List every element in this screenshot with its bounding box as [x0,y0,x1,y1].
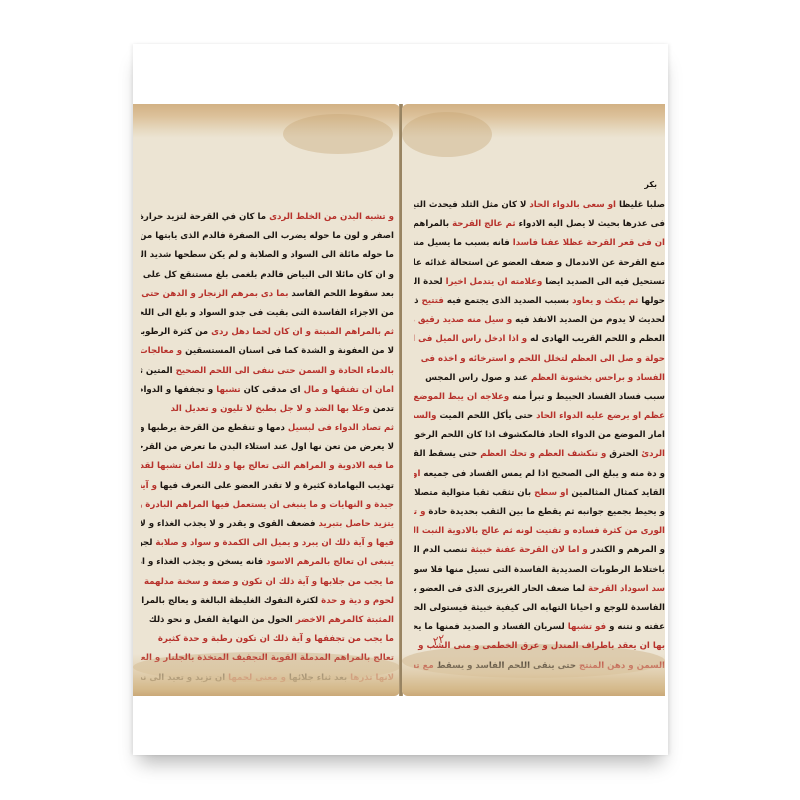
manuscript-spread: و تشبه البدن من الخلط الردى ما كان في ال… [133,104,665,696]
black-body-text: لا يعرض من تعن نها اول عند استلاء البدن … [141,442,394,452]
black-body-text: تنصب الدم الذى [414,545,470,555]
water-stain [283,114,393,154]
black-body-text: فى عذرها بحيث لا يصل اليه الادواء [516,219,665,229]
black-body-text: ما كان في القرحة لتزيد حرارة و ورم [141,212,269,222]
black-body-text: الفاسدة للوجع و احيانا التهابه الى كيفية… [414,603,665,613]
manuscript-line: لا يعرض من تعن نها اول عند استلاء البدن … [141,438,394,457]
black-body-text: و دة منه و يبلغ الى الصحيح اذا لم يمس ال… [420,469,665,479]
red-rubric-text: و آية ذلك ان [141,481,157,491]
red-rubric-text: ثم بالمراهم المنبتة و ان كان لحما دهل رد… [211,327,394,337]
red-rubric-text: و معالجات حتى ذلك [141,346,182,356]
black-body-text: لما ضعف الحار الغريزى الذى فى العضو بشاء [414,584,588,594]
red-rubric-text: جيدة و النهايات و ما ينبغى ان يستعمل فيه… [141,500,394,510]
manuscript-line: عظم او يرضع عليه الدواء الحاد حتى يأكل ا… [414,407,665,426]
manuscript-line: سبب فساد الفساد الحبيط و تبرأ منه وعلاجه… [414,388,665,407]
manuscript-line: لانها تذرها بعد ثناء جلائها و معنى لحمها… [141,669,394,688]
manuscript-line: امار الموضع من الدواء الحاد فالمكشوف اذا… [414,426,665,445]
red-rubric-text: ما يجب من تجففها و آية ذلك ان تكون رطبة … [158,634,394,644]
red-rubric-text: مع تسكين الوجع [414,661,434,671]
red-rubric-text: والسمن المنتن [414,411,436,421]
red-rubric-text: و اذا ادخل راس الميل فى العا [414,334,527,344]
manuscript-line: و تشبه البدن من الخلط الردى ما كان في ال… [141,208,394,227]
black-body-text: لجود الد [141,538,152,548]
black-body-text: بسبب الصديد الذى يجتمع فيه [444,296,572,306]
black-body-text: من الاجزاء الفاسدة التى بقيت فى جدو السو… [141,308,394,318]
red-rubric-text: الردئ [641,449,665,459]
red-rubric-text: بها ان يعقد باطراف المندل و عرق الخطمى و… [418,641,665,651]
black-body-text: بعد ثناء جلائها [286,673,347,683]
right-page-text: صلبا غليظا او سعى بالدواء الحاد لا كان م… [414,196,665,676]
black-body-text: ذلك [414,296,422,306]
black-body-text: بالمراهم المنبتة اللحم [414,219,452,229]
red-rubric-text: تعالج بالمراهم المدملة القوية التجفيف ال… [141,653,394,663]
manuscript-line: ان فى قعر القرحة عظلا عفنا فاسدا فانه بس… [414,234,665,253]
black-body-text: باختلاط الرطوبات الصديدية الفاسدة التى ت… [414,565,665,575]
red-rubric-text: ثم تصاد الدواء فى لبسيل [285,423,394,433]
red-rubric-text: فيها و آية ذلك ان يبرد و يميل الى الكمدة… [152,538,394,548]
black-body-text: حتى ينقى اللحم الفاسد و يسقط [434,661,579,671]
left-page: و تشبه البدن من الخلط الردى ما كان في ال… [133,104,400,696]
red-rubric-text: فو تشبها [568,622,606,632]
red-rubric-text: بما دى بمرهم الزنجار و الدهن حتى تنقلها [141,289,288,299]
red-rubric-text: بالدماء الحادة و السمن حتى ننفى الى اللح… [176,366,394,376]
right-page: بكر صلبا غليظا او سعى بالدواء الحاد لا ك… [402,104,665,696]
red-rubric-text: حولة و صل الى العظم لتخلل اللحم و استرخا… [421,354,665,364]
black-body-text: و تجففها و الدوام [141,385,216,395]
black-body-text: دمها و تنقطع من القرحة يرطبها و انا متقر… [141,423,285,433]
manuscript-line: بها ان يعقد باطراف المندل و عرق الخطمى و… [414,637,665,656]
red-rubric-text: وعلا بها الضد و لا جل بطبخ لا تليون و تع… [171,404,370,414]
red-rubric-text: لحوم و دية و حدة [318,596,394,606]
red-rubric-text: تشبها لقدرة [141,461,181,471]
manuscript-line: و المرهم و الكندر و اما لان القرحة عفنة … [414,541,665,560]
black-body-text: لكثرة التفوك الغليظة البالغة و يعالج بال… [141,596,318,606]
manuscript-line: الورى من كثرة فساده و تفتيت لونه ثم عالج… [414,522,665,541]
black-body-text: اصفر و لون ما حوله يضرب الى الصفرة فالدم… [141,231,394,241]
red-rubric-text: او سطح [534,488,568,498]
black-body-text: بعد سقوط اللحم الفاسد [288,289,394,299]
black-body-text: بان تثقب ثقبا متوالية متصلا بعضها [414,488,534,498]
manuscript-line: باختلاط الرطوبات الصديدية الفاسدة التى ت… [414,561,665,580]
red-rubric-text: المثبتة كالمرهم الاخضر [293,615,394,625]
black-body-text: منع القرحة عن الاندمال و ضعف العضو عن اس… [414,258,665,268]
red-rubric-text: ما فيه الادوية و المراهم التى تعالج بها … [181,461,394,471]
water-stain [402,112,492,157]
black-body-text: فضعف القوى و يقدر و لا يجذب الغذاء و لا … [141,519,316,529]
black-body-text: فانه بسبب ما يسيل منه او تطرى [414,238,510,248]
manuscript-line: تدمن وعلا بها الضد و لا جل بطبخ لا تليون… [141,400,394,419]
black-body-text: حتى يسقط القشور [414,449,480,459]
black-body-text: العظم و اللحم القريب الهادى له [527,334,665,344]
red-rubric-text: ما يجب من جلابها و آية ذلك ان تكون و ضعة… [144,577,394,587]
black-body-text: ما حوله مائلة الى السواد و الصلابة و لم … [141,250,394,260]
black-body-text: اى مدقى كان [241,385,301,395]
red-rubric-text: يتزيد حاصل بتبريد [316,519,394,529]
black-body-text: من كثرة الرطوبة والا [141,327,211,337]
red-rubric-text: ثم ينكث و يعاود [572,296,638,306]
black-body-text: و يحيط بجميع جوانبه ثم يقطع ما بين الثقب… [425,507,665,517]
manuscript-line: العظم و اللحم القريب الهادى له و اذا ادخ… [414,330,665,349]
manuscript-line: صلبا غليظا او سعى بالدواء الحاد لا كان م… [414,196,665,215]
manuscript-line: امان ان تفتقها و مال اى مدقى كان تشبها و… [141,381,394,400]
manuscript-line: ينبغى ان تعالج بالمرهم الاسود فانه يسخن … [141,553,394,572]
black-body-text: عفته و نتنه و [606,622,665,632]
manuscript-line: و ان كان مائلا الى البياض فالدم بلغمى بل… [141,266,394,285]
manuscript-line: الردئ الحترق و تنكشف العظم و تحك العظم ح… [414,445,665,464]
manuscript-line: منع القرحة عن الاندمال و ضعف العضو عن اس… [414,254,665,273]
black-body-text: فانه يسخن و يجذب الغذاء و امان [141,557,263,567]
manuscript-line: جيدة و النهايات و ما ينبغى ان يستعمل فيه… [141,496,394,515]
red-rubric-text: ثم عالج القرحة [452,219,516,229]
red-rubric-text: الفساد و براحس بخشونة العظم [531,373,665,383]
red-rubric-text: او سعى بالدواء الحاد [529,200,616,210]
black-body-text: امار الموضع من الدواء الحاد فالمكشوف اذا… [414,430,665,440]
manuscript-line: تعالج بالمراهم المدملة القوية التجفيف ال… [141,649,394,668]
manuscript-line: فى عذرها بحيث لا يصل اليه الادواء ثم عال… [414,215,665,234]
black-body-text: حتى يأكل اللحم الميت [436,411,536,421]
black-body-text: عند و صول راس المجس [425,373,531,383]
manuscript-line: من الاجزاء الفاسدة التى بقيت فى جدو السو… [141,304,394,323]
red-rubric-text: الورى من كثرة فساده و تفتيت لونه ثم عالج… [414,526,665,536]
manuscript-line: تهذيب البهامادة كثيرة و لا تقدر العضو عل… [141,477,394,496]
red-rubric-text: و معنى لحمها [228,673,286,683]
manuscript-line: الفساد و براحس بخشونة العظم عند و صول را… [414,369,665,388]
red-rubric-text: و تنكشف العظم و تحك العظم [480,449,606,459]
manuscript-line: السمن و دهن المنتج حتى ينقى اللحم الفاسد… [414,657,665,676]
manuscript-line: و يحيط بجميع جوانبه ثم يقطع ما بين الثقب… [414,503,665,522]
red-rubric-text: وعلاجه ان يبط الموضع حتى [414,392,509,402]
red-rubric-text: السمن و دهن المنتج [579,661,665,671]
black-body-text: تدمن [370,404,394,414]
manuscript-line: تستحيل فيه الى الصديد ايضا وعلامته ان يت… [414,273,665,292]
black-body-text: و ان كان مائلا الى البياض فالدم بلغمى بل… [141,270,394,280]
black-body-text: لحديث لا يدوم من الصديد الانفذ فيه [512,315,665,325]
black-body-text: المتين ثم يد [141,366,176,376]
red-rubric-text: فتتيح [422,296,444,306]
manuscript-line: عفته و نتنه و فو تشبها لسريان الفساد و ا… [414,618,665,637]
black-body-text: تستحيل فيه الى الصديد ايضا [542,277,665,287]
red-rubric-text: وعلامته ان يتدمل اخيرا [446,277,543,287]
black-body-text: حولها [638,296,665,306]
manuscript-line: يتزيد حاصل بتبريد فضعف القوى و يقدر و لا… [141,515,394,534]
black-body-text: صلبا غليظا [616,200,665,210]
manuscript-line: لا من العفونة و الشدة كما فى اسنان المست… [141,342,394,361]
red-rubric-text: و تخرج على [414,507,425,517]
red-rubric-text: ان فى قعر القرحة عظلا عفنا فاسدا [510,238,665,248]
manuscript-line: و دة منه و يبلغ الى الصحيح اذا لم يمس ال… [414,465,665,484]
black-body-text: تهذيب البهامادة كثيرة و لا تقدر العضو عل… [157,481,394,491]
manuscript-line: ثم بالمراهم المنبتة و ان كان لحما دهل رد… [141,323,394,342]
manuscript-line: سد اسوداد القرحة لما ضعف الحار الغريزى ا… [414,580,665,599]
manuscript-line: بالدماء الحادة و السمن حتى ننفى الى اللح… [141,362,394,381]
red-rubric-text: لانها تذرها [347,673,394,683]
red-rubric-text: تشبها [216,385,240,395]
left-page-text: و تشبه البدن من الخلط الردى ما كان في ال… [141,208,394,688]
water-stain [133,652,400,682]
manuscript-line: لحديث لا يدوم من الصديد الانفذ فيه و سيل… [414,311,665,330]
black-body-text: لا من العفونة و الشدة كما فى اسنان المست… [182,346,394,356]
manuscript-line: الفاسدة للوجع و احيانا التهابه الى كيفية… [414,599,665,618]
black-body-text: و المرهم و الكندر [588,545,665,555]
manuscript-line: ما فيه الادوية و المراهم التى تعالج بها … [141,457,394,476]
red-rubric-text: و اما لان القرحة عفنة خبيثة [470,545,587,555]
manuscript-line: فيها و آية ذلك ان يبرد و يميل الى الكمدة… [141,534,394,553]
manuscript-line: المثبتة كالمرهم الاخضر الحول من النهاية … [141,611,394,630]
black-body-text: لحدة اللحم [414,277,446,287]
manuscript-line: ثم تصاد الدواء فى لبسيل دمها و تنقطع من … [141,419,394,438]
red-rubric-text: عظم او يرضع عليه الدواء الحاد [536,411,665,421]
black-body-text: لا كان مثل الثلد فيحدث التيكرة [414,200,529,210]
red-rubric-text: و سيل منه صديد رقيق منتن [414,315,512,325]
manuscript-line: ما يجب من تجففها و آية ذلك ان تكون رطبة … [141,630,394,649]
black-body-text: الحول من النهاية الفعل و نحو ذلك [149,615,293,625]
red-rubric-text: امان ان تفتقها و مال [301,385,394,395]
manuscript-line: بعد سقوط اللحم الفاسد بما دى بمرهم الزنج… [141,285,394,304]
black-body-text: القايد كمثال المثالمين [568,488,665,498]
manuscript-line: لحوم و دية و حدة لكثرة التفوك الغليظة ال… [141,592,394,611]
manuscript-line: اصفر و لون ما حوله يضرب الى الصفرة فالدم… [141,227,394,246]
black-body-text: ان تزيد و تعيد الى نظرية [141,673,228,683]
manuscript-line: حولها ثم ينكث و يعاود بسبب الصديد الذى ي… [414,292,665,311]
black-body-text: سبب فساد الفساد الحبيط و تبرأ منه [509,392,665,402]
black-body-text: الحترق [606,449,641,459]
manuscript-line: حولة و صل الى العظم لتخلل اللحم و استرخا… [414,350,665,369]
catchword: بكر [644,180,657,189]
black-body-text: لسريان الفساد و الصديد فمنها ما يحتاج [414,622,568,632]
manuscript-line: القايد كمثال المثالمين او سطح بان تثقب ث… [414,484,665,503]
red-rubric-text: سد اسوداد القرحة [588,584,665,594]
manuscript-line: ما يجب من جلابها و آية ذلك ان تكون و ضعة… [141,573,394,592]
red-rubric-text: ينبغى ان تعالج بالمرهم الاسود [263,557,394,567]
manuscript-line: ما حوله مائلة الى السواد و الصلابة و لم … [141,246,394,265]
red-rubric-text: و تشبه البدن من الخلط الردى [269,212,394,222]
